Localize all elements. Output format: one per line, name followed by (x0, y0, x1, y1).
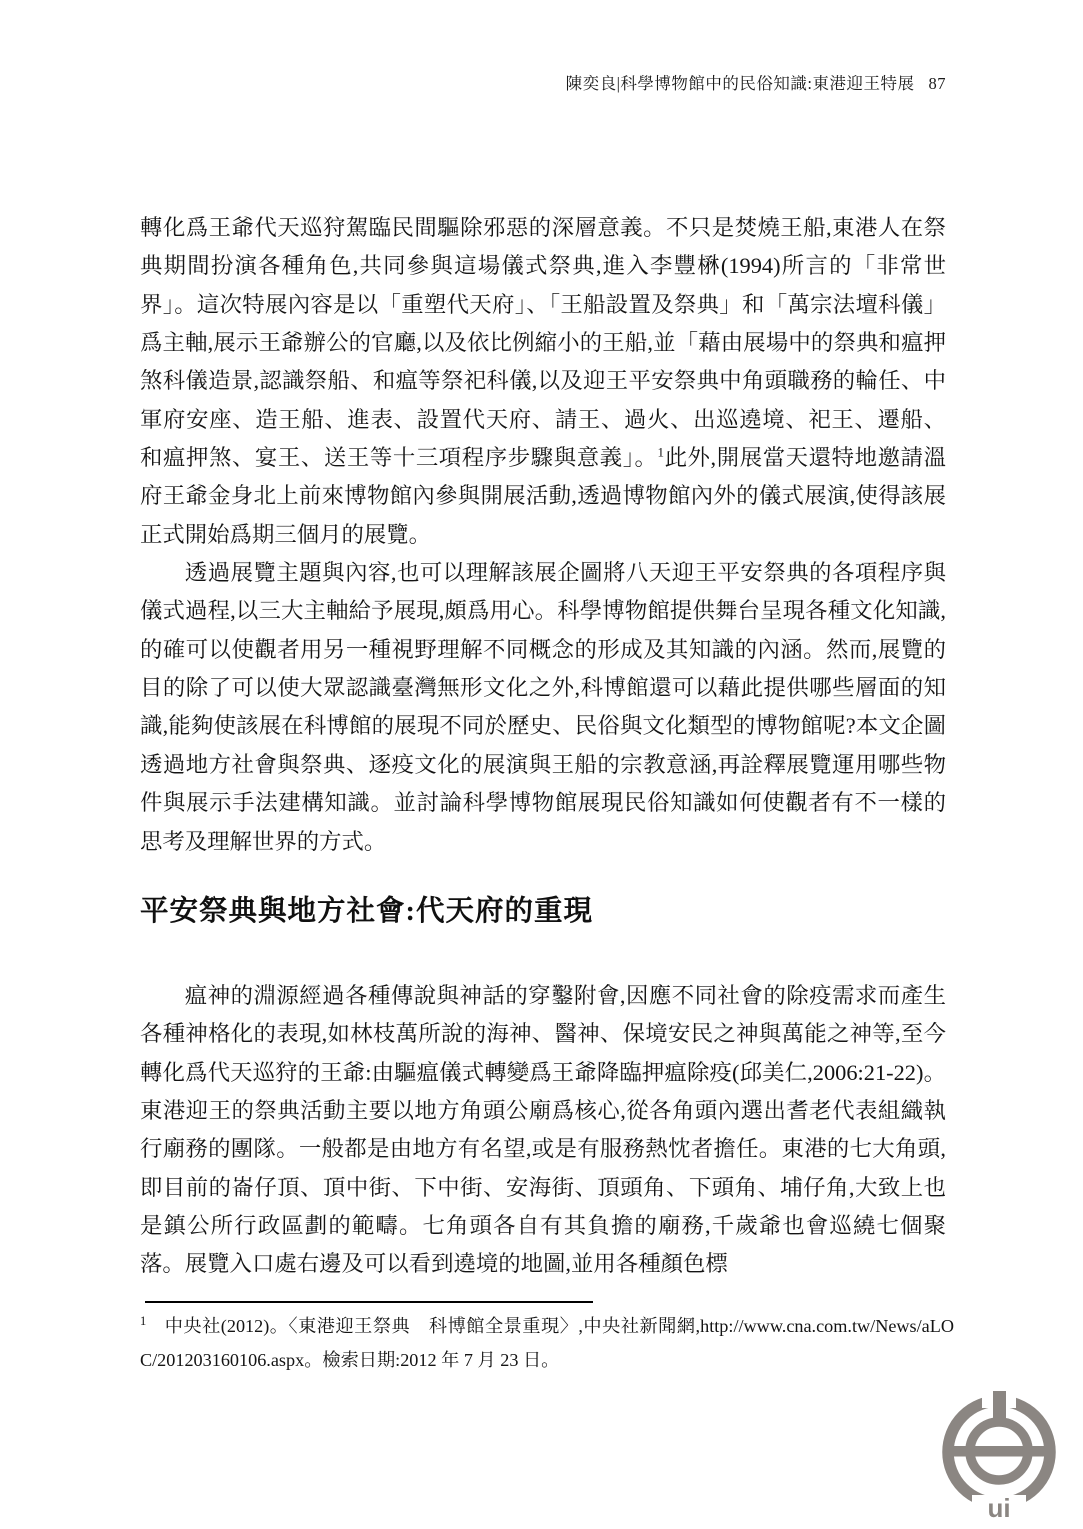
page-number: 87 (929, 74, 947, 93)
footnote-retrieval-date: 。檢索日期:2012 年 7 月 23 日。 (304, 1350, 559, 1370)
footnote-citation: 中央社(2012)。〈東港迎王祭典 科博館全景重現〉,中央社新聞網, (164, 1316, 700, 1336)
paragraph-2: 透過展覽主題與內容,也可以理解該展企圖將八天迎王平安祭典的各項程序與儀式過程,以… (140, 554, 946, 861)
document-page: 陳奕良|科學博物館中的民俗知識:東港迎王特展87 轉化爲王爺代天巡狩駕臨民間驅除… (0, 0, 1083, 1529)
footnote-separator-rule (145, 1301, 593, 1303)
seal-letters: ui (987, 1493, 1010, 1518)
footnote-marker: 1 (140, 1314, 146, 1328)
paragraph-3: 瘟神的淵源經過各種傳說與神話的穿鑿附會,因應不同社會的除疫需求而產生各種神格化的… (140, 977, 946, 1284)
running-header: 陳奕良|科學博物館中的民俗知識:東港迎王特展87 (140, 70, 946, 94)
paragraph-continuation: 轉化爲王爺代天巡狩駕臨民間驅除邪惡的深層意義。不只是焚燒王船,東港人在祭典期間扮… (140, 209, 946, 554)
footnote-1: 1中央社(2012)。〈東港迎王祭典 科博館全景重現〉,中央社新聞網,http:… (140, 1310, 954, 1377)
body-text-block-2: 瘟神的淵源經過各種傳說與神話的穿鑿附會,因應不同社會的除疫需求而產生各種神格化的… (140, 977, 946, 1284)
footnote-area: 1中央社(2012)。〈東港迎王祭典 科博館全景重現〉,中央社新聞網,http:… (140, 1301, 954, 1377)
running-title: 陳奕良|科學博物館中的民俗知識:東港迎王特展 (566, 74, 915, 93)
paragraph-1-text: 轉化爲王爺代天巡狩駕臨民間驅除邪惡的深層意義。不只是焚燒王船,東港人在祭典期間扮… (140, 215, 946, 470)
section-heading: 平安祭典與地方社會:代天府的重現 (140, 891, 946, 933)
publisher-seal-icon: ui (936, 1391, 1063, 1518)
body-text-block: 轉化爲王爺代天巡狩駕臨民間驅除邪惡的深層意義。不只是焚燒王船,東港人在祭典期間扮… (140, 209, 946, 861)
